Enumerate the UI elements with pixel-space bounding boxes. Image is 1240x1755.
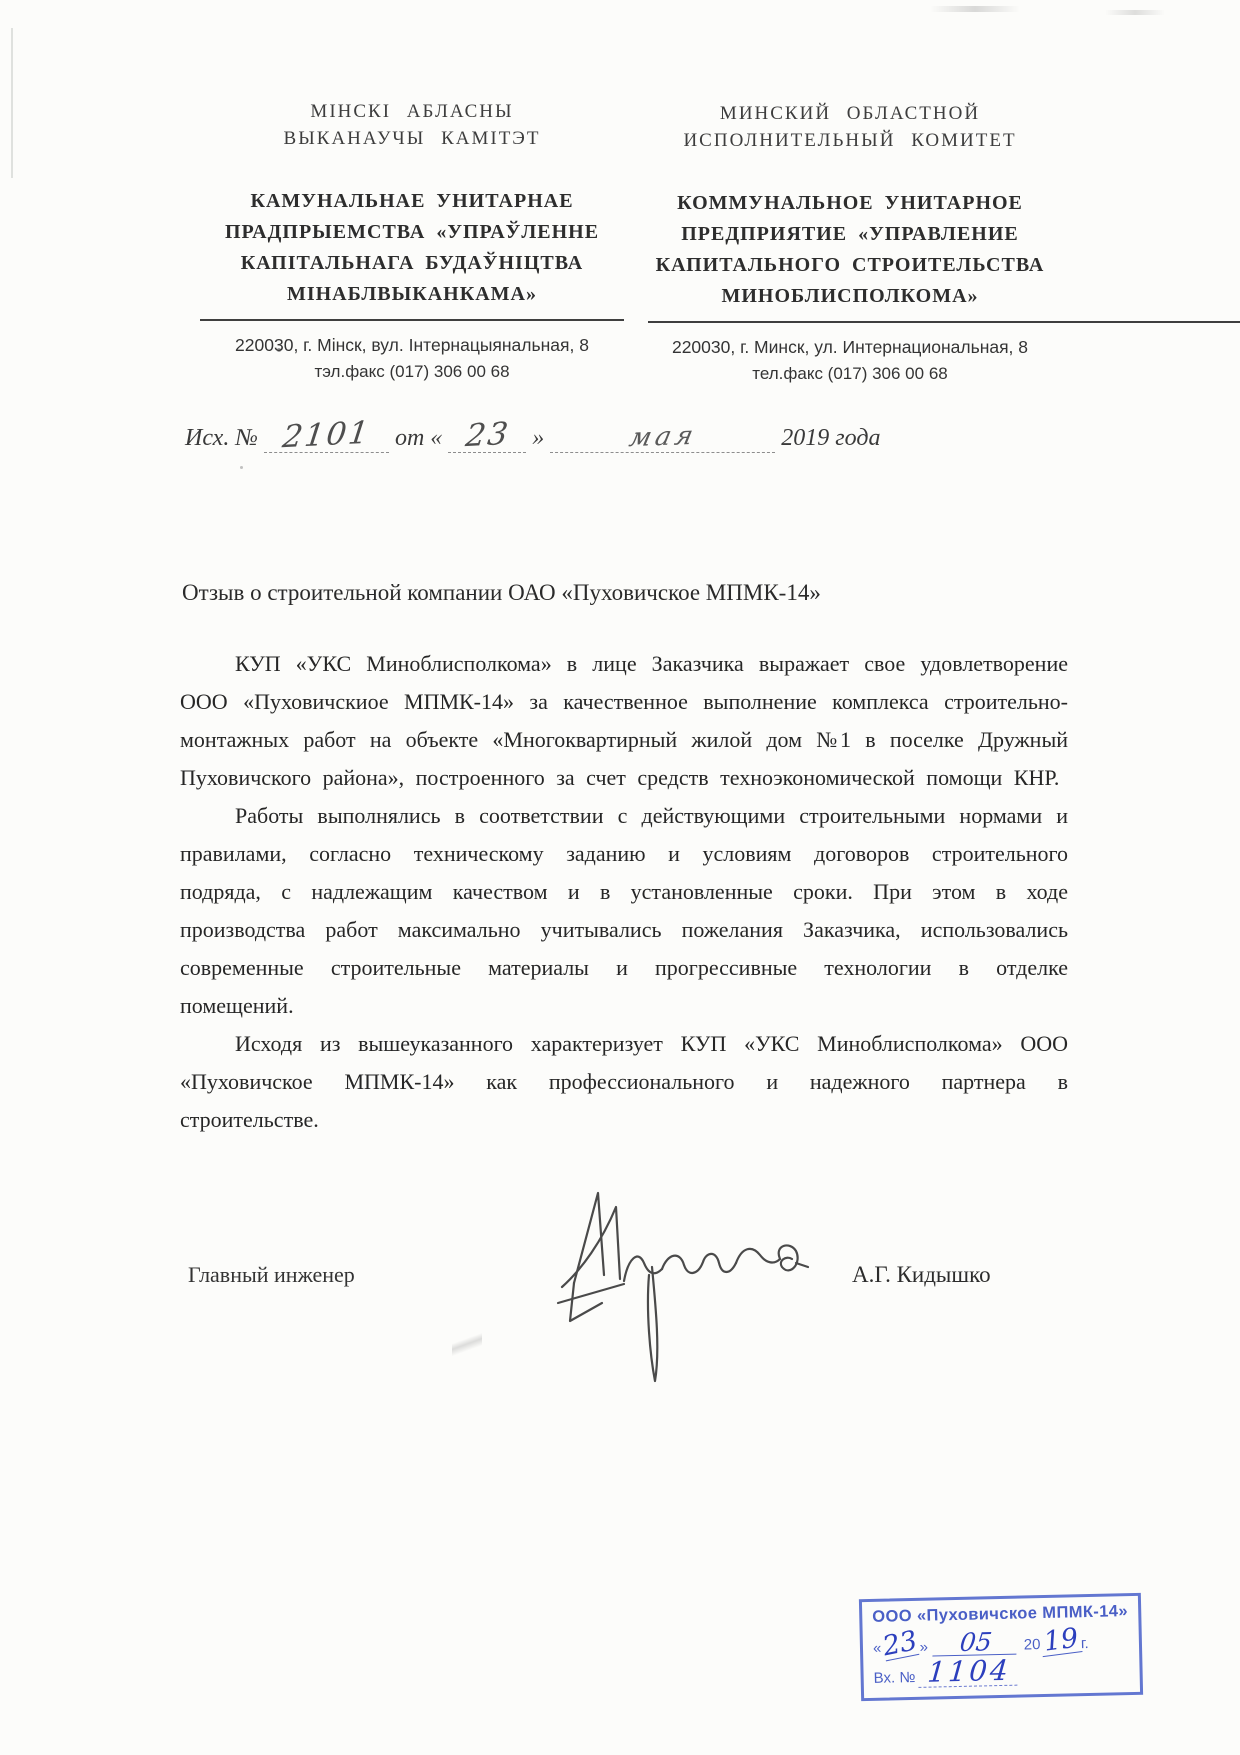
phone-fax-ru: тел.факс (017) 306 00 68 (648, 364, 1052, 384)
stamp-quote-open: « (873, 1640, 882, 1657)
ref-quote-close: » (532, 425, 544, 451)
org-line: КОММУНАЛЬНОЕ УНИТАРНОЕ (648, 188, 1052, 219)
handwritten-ref-number: 2101 (281, 418, 372, 454)
ref-label: Исх. № (185, 425, 258, 451)
org-line: ПРЕДПРИЯТИЕ «УПРАВЛЕНИЕ (648, 219, 1052, 250)
stamp-handwritten-incoming-number: 1104 (918, 1657, 1020, 1688)
stamp-handwritten-year: 19 (1039, 1624, 1083, 1657)
scan-edge-artifact (11, 28, 13, 178)
stamp-century: 20 (1024, 1636, 1041, 1653)
stamp-incoming-label: Вх. № (873, 1669, 915, 1687)
scan-smudge (930, 6, 1020, 12)
outgoing-reference-line: Исх. № 2101 от « 23 » мая 2019 года (185, 420, 880, 453)
org-line: КАМУНАЛЬНАЕ УНИТАРНАЕ (200, 186, 624, 217)
committee-line: ВЫКАНАУЧЫ КАМІТЭТ (200, 125, 624, 152)
committee-line: МИНСКИЙ ОБЛАСТНОЙ (648, 100, 1052, 127)
stamp-handwritten-month: 05 (932, 1629, 1019, 1657)
organization-name-ru: КОММУНАЛЬНОЕ УНИТАРНОЕ ПРЕДПРИЯТИЕ «УПРА… (648, 188, 1052, 312)
ref-number-blank: 2101 (264, 420, 389, 453)
org-line: КАПІТАЛЬНАГА БУДАЎНІЦТВА (200, 248, 624, 279)
ref-day-blank: 23 (448, 420, 526, 453)
body-paragraph: Исходя из вышеуказанного характеризует К… (180, 1025, 1068, 1139)
org-line: ПРАДПРЫЕМСТВА «УПРАЎЛЕННЕ (200, 217, 624, 248)
handwritten-signature (540, 1183, 830, 1398)
body-paragraph: Работы выполнялись в соответствии с дейс… (180, 797, 1068, 1025)
letterhead-divider-left (200, 319, 624, 321)
scan-dot-artifact (240, 466, 243, 469)
document-body: КУП «УКС Миноблисполкома» в лице Заказчи… (180, 645, 1068, 1139)
handwritten-month: мая (627, 423, 699, 451)
ref-year: 2019 года (781, 425, 880, 451)
stamp-quote-close: » (919, 1639, 928, 1656)
stamp-organization: ООО «Пуховичское МПМК-14» (872, 1602, 1130, 1627)
committee-line: ИСПОЛНИТЕЛЬНЫЙ КОМИТЕТ (648, 127, 1052, 154)
scan-smudge (1105, 10, 1165, 15)
issuing-committee-name-be: МІНСКІ АБЛАСНЫ ВЫКАНАУЧЫ КАМІТЭТ (200, 98, 624, 152)
org-line: КАПИТАЛЬНОГО СТРОИТЕЛЬСТВА (648, 250, 1052, 281)
ref-month-blank: мая (550, 424, 775, 453)
letterhead-left-column: МІНСКІ АБЛАСНЫ ВЫКАНАУЧЫ КАМІТЭТ КАМУНАЛ… (200, 98, 624, 382)
scan-smudge (452, 1320, 482, 1368)
letterhead-right-column: МИНСКИЙ ОБЛАСТНОЙ ИСПОЛНИТЕЛЬНЫЙ КОМИТЕТ… (648, 100, 1052, 384)
phone-fax-be: тэл.факс (017) 306 00 68 (200, 362, 624, 382)
document-title: Отзыв о строительной компании ОАО «Пухов… (182, 580, 821, 606)
signatory-name: А.Г. Кидышко (852, 1262, 991, 1288)
handwritten-day: 23 (463, 419, 511, 452)
issuing-committee-name-ru: МИНСКИЙ ОБЛАСТНОЙ ИСПОЛНИТЕЛЬНЫЙ КОМИТЕТ (648, 100, 1052, 154)
org-line: МІНАБЛВЫКАНКАМА» (200, 279, 624, 310)
committee-line: МІНСКІ АБЛАСНЫ (200, 98, 624, 125)
org-line: МИНОБЛИСПОЛКОМА» (648, 281, 1052, 312)
signatory-position: Главный инженер (188, 1262, 355, 1288)
address-be: 220030, г. Мінск, вул. Інтернацыянальная… (200, 332, 624, 358)
organization-name-be: КАМУНАЛЬНАЕ УНИТАРНАЕ ПРАДПРЫЕМСТВА «УПР… (200, 186, 624, 310)
body-paragraph: КУП «УКС Миноблисполкома» в лице Заказчи… (180, 645, 1068, 797)
letterhead-divider-right (648, 321, 1240, 323)
ref-from-label: от « (395, 425, 442, 451)
stamp-handwritten-day: 23 (881, 1627, 920, 1661)
incoming-registration-stamp: ООО «Пуховичское МПМК-14» «23»052019г. В… (859, 1593, 1143, 1701)
address-ru: 220030, г. Минск, ул. Интернациональная,… (648, 334, 1052, 360)
scanned-letter-page: МІНСКІ АБЛАСНЫ ВЫКАНАУЧЫ КАМІТЭТ КАМУНАЛ… (0, 0, 1240, 1755)
stamp-incoming-row: Вх. № 1104 (873, 1654, 1132, 1689)
